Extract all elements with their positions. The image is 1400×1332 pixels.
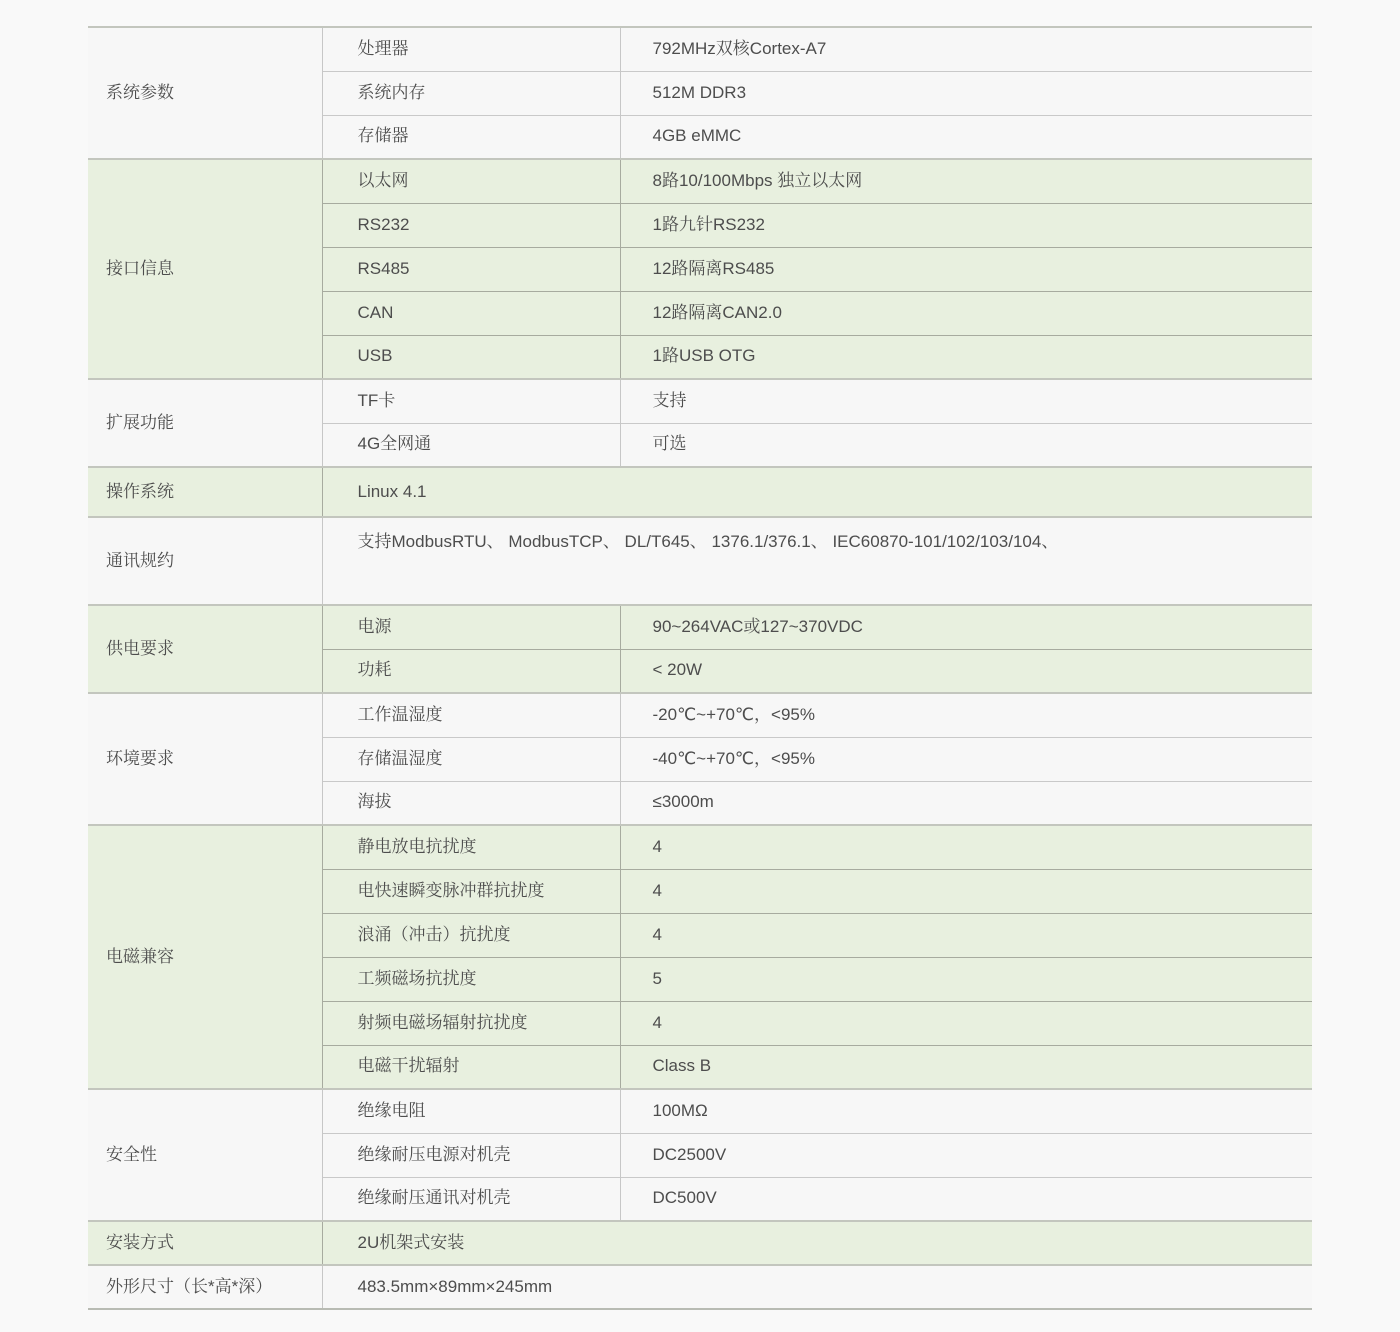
- spec-row: 操作系统Linux 4.1: [88, 467, 1312, 517]
- value-cell: 12路隔离RS485: [620, 247, 1312, 291]
- parameter-cell: 电源: [322, 605, 620, 649]
- parameter-cell: 绝缘耐压电源对机壳: [322, 1133, 620, 1177]
- parameter-cell: 射频电磁场辐射抗扰度: [322, 1001, 620, 1045]
- category-cell: 接口信息: [88, 159, 322, 379]
- value-cell: 100MΩ: [620, 1089, 1312, 1133]
- category-cell: 安装方式: [88, 1221, 322, 1265]
- parameter-cell: 4G全网通: [322, 423, 620, 467]
- value-cell: 4: [620, 913, 1312, 957]
- value-cell: 1路九针RS232: [620, 203, 1312, 247]
- parameter-cell: TF卡: [322, 379, 620, 423]
- parameter-cell: 静电放电抗扰度: [322, 825, 620, 869]
- category-cell: 安全性: [88, 1089, 322, 1221]
- spec-row: 系统参数处理器792MHz双核Cortex-A7: [88, 27, 1312, 71]
- parameter-cell: 处理器: [322, 27, 620, 71]
- value-cell: 1路USB OTG: [620, 335, 1312, 379]
- spec-row: 安装方式2U机架式安装: [88, 1221, 1312, 1265]
- value-cell: Linux 4.1: [322, 467, 1312, 517]
- value-cell: -40℃~+70℃，<95%: [620, 737, 1312, 781]
- value-cell: DC500V: [620, 1177, 1312, 1221]
- parameter-cell: 绝缘耐压通讯对机壳: [322, 1177, 620, 1221]
- parameter-cell: 工频磁场抗扰度: [322, 957, 620, 1001]
- parameter-cell: USB: [322, 335, 620, 379]
- parameter-cell: 电磁干扰辐射: [322, 1045, 620, 1089]
- value-cell: 2U机架式安装: [322, 1221, 1312, 1265]
- value-cell: 512M DDR3: [620, 71, 1312, 115]
- spec-page: 系统参数处理器792MHz双核Cortex-A7系统内存512M DDR3存储器…: [0, 0, 1400, 1332]
- value-cell: 支持ModbusRTU、 ModbusTCP、 DL/T645、 1376.1/…: [322, 517, 1312, 605]
- value-cell: DC2500V: [620, 1133, 1312, 1177]
- category-cell: 操作系统: [88, 467, 322, 517]
- spec-row: 电磁兼容静电放电抗扰度4: [88, 825, 1312, 869]
- spec-table-body: 系统参数处理器792MHz双核Cortex-A7系统内存512M DDR3存储器…: [88, 27, 1312, 1309]
- parameter-cell: 浪涌（冲击）抗扰度: [322, 913, 620, 957]
- spec-row: 供电要求电源90~264VAC或127~370VDC: [88, 605, 1312, 649]
- value-cell: 支持: [620, 379, 1312, 423]
- spec-table: 系统参数处理器792MHz双核Cortex-A7系统内存512M DDR3存储器…: [88, 26, 1312, 1310]
- parameter-cell: 海拔: [322, 781, 620, 825]
- spec-row: 通讯规约支持ModbusRTU、 ModbusTCP、 DL/T645、 137…: [88, 517, 1312, 605]
- category-cell: 系统参数: [88, 27, 322, 159]
- parameter-cell: 绝缘电阻: [322, 1089, 620, 1133]
- parameter-cell: 系统内存: [322, 71, 620, 115]
- category-cell: 通讯规约: [88, 517, 322, 605]
- spec-row: 接口信息以太网8路10/100Mbps 独立以太网: [88, 159, 1312, 203]
- value-cell: 12路隔离CAN2.0: [620, 291, 1312, 335]
- spec-row: 扩展功能TF卡支持: [88, 379, 1312, 423]
- value-cell: 4GB eMMC: [620, 115, 1312, 159]
- value-cell: 4: [620, 825, 1312, 869]
- value-cell: 792MHz双核Cortex-A7: [620, 27, 1312, 71]
- spec-row: 外形尺寸（长*高*深）483.5mm×89mm×245mm: [88, 1265, 1312, 1309]
- parameter-cell: CAN: [322, 291, 620, 335]
- value-cell: 8路10/100Mbps 独立以太网: [620, 159, 1312, 203]
- value-cell: 5: [620, 957, 1312, 1001]
- value-cell: 4: [620, 1001, 1312, 1045]
- value-cell: Class B: [620, 1045, 1312, 1089]
- parameter-cell: 工作温湿度: [322, 693, 620, 737]
- value-cell: ≤3000m: [620, 781, 1312, 825]
- value-cell: 4: [620, 869, 1312, 913]
- category-cell: 外形尺寸（长*高*深）: [88, 1265, 322, 1309]
- parameter-cell: 电快速瞬变脉冲群抗扰度: [322, 869, 620, 913]
- category-cell: 供电要求: [88, 605, 322, 693]
- parameter-cell: 存储温湿度: [322, 737, 620, 781]
- parameter-cell: 功耗: [322, 649, 620, 693]
- parameter-cell: RS485: [322, 247, 620, 291]
- spec-row: 安全性绝缘电阻100MΩ: [88, 1089, 1312, 1133]
- value-cell: -20℃~+70℃，<95%: [620, 693, 1312, 737]
- category-cell: 环境要求: [88, 693, 322, 825]
- category-cell: 电磁兼容: [88, 825, 322, 1089]
- value-cell: 可选: [620, 423, 1312, 467]
- parameter-cell: 存储器: [322, 115, 620, 159]
- spec-row: 环境要求工作温湿度-20℃~+70℃，<95%: [88, 693, 1312, 737]
- parameter-cell: RS232: [322, 203, 620, 247]
- category-cell: 扩展功能: [88, 379, 322, 467]
- parameter-cell: 以太网: [322, 159, 620, 203]
- value-cell: 483.5mm×89mm×245mm: [322, 1265, 1312, 1309]
- value-cell: 90~264VAC或127~370VDC: [620, 605, 1312, 649]
- value-cell: < 20W: [620, 649, 1312, 693]
